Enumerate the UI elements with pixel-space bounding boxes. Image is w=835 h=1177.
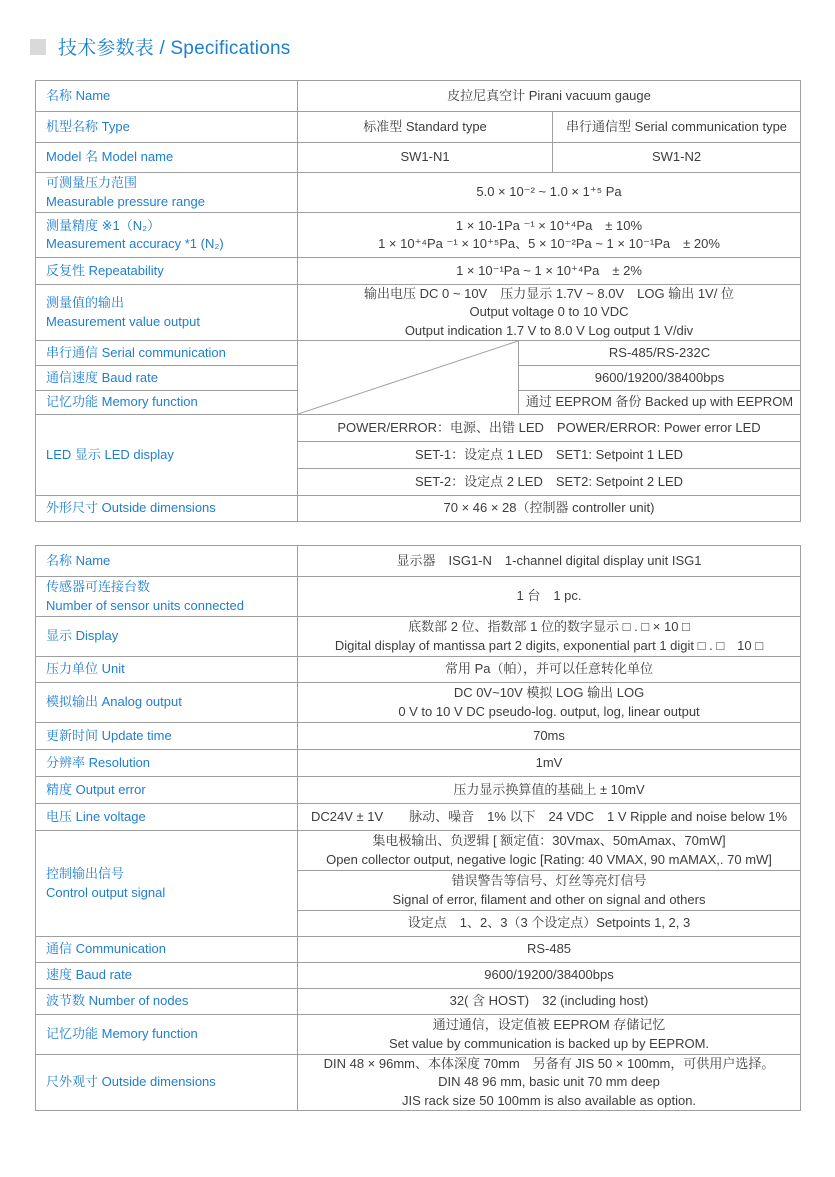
output-value-cell: 输出电压 DC 0 ~ 10V 压力显示 1.7V ~ 8.0V LOG 输出 …: [298, 285, 801, 341]
display-label-cell: 显示 Display: [36, 617, 298, 657]
label-line-cn: 传感器可连接台数: [46, 578, 297, 596]
value-line: 底数部 2 位、指数部 1 位的数字显示 □ . □ × 10 □: [298, 618, 800, 636]
table-row: 显示 Display 底数部 2 位、指数部 1 位的数字显示 □ . □ × …: [36, 617, 801, 657]
sensor-count-value-cell: 1 台 1 pc.: [298, 577, 801, 617]
accuracy-value-cell: 1 × 10-1Pa ⁻¹ × 10⁺⁴Pa ± 10% 1 × 10⁺⁴Pa …: [298, 213, 801, 258]
value-line: Signal of error, filament and other on s…: [298, 891, 800, 909]
nodes-label-cell: 波节数 Number of nodes: [36, 989, 298, 1015]
table-row: 电压 Line voltage DC24V ± 1V 脉动、噪音 1% 以下 2…: [36, 804, 801, 831]
diagonal-blank-cell: [298, 341, 519, 415]
label-line-en: Measurement accuracy *1 (N₂): [46, 235, 297, 253]
spec-sheet-page: 技术参数表 / Specifications 名称 Name 皮拉尼真空计 Pi…: [0, 0, 835, 1177]
table-row: 压力单位 Unit 常用 Pa（帕），并可以任意转化单位: [36, 657, 801, 683]
table-row: 精度 Output error 压力显示换算值的基础上 ± 10mV: [36, 777, 801, 804]
table-row: 测量精度 ※1（N₂） Measurement accuracy *1 (N₂)…: [36, 213, 801, 258]
display-value-cell: 底数部 2 位、指数部 1 位的数字显示 □ . □ × 10 □ Digita…: [298, 617, 801, 657]
page-title: 技术参数表 / Specifications: [58, 33, 290, 60]
model-label-cell: Model 名 Model name: [36, 143, 298, 173]
serial-comm-label-cell: 串行通信 Serial communication: [36, 341, 298, 366]
pressure-range-value-cell: 5.0 × 10⁻² ~ 1.0 × 1⁺⁵ Pa: [298, 173, 801, 213]
nodes-value-cell: 32( 含 HOST) 32 (including host): [298, 989, 801, 1015]
update-time-value-cell: 70ms: [298, 723, 801, 750]
table-row: 名称 Name 皮拉尼真空计 Pirani vacuum gauge: [36, 81, 801, 112]
square-bullet-icon: [30, 39, 46, 55]
table-row: 控制输出信号 Control output signal 集电极输出、负逻辑 […: [36, 831, 801, 871]
control-output-row1-cell: 集电极输出、负逻辑 [ 额定值：30Vmax、50mAmax、70mW] Ope…: [298, 831, 801, 871]
led-set2-cell: SET-2：设定点 2 LED SET2: Setpoint 2 LED: [298, 469, 801, 496]
value-line: Output voltage 0 to 10 VDC: [298, 303, 800, 321]
line-voltage-label-cell: 电压 Line voltage: [36, 804, 298, 831]
value-line: Set value by communication is backed up …: [298, 1035, 800, 1053]
value-line: DC 0V~10V 模拟 LOG 输出 LOG: [298, 684, 800, 702]
table-row: 测量值的输出 Measurement value output 输出电压 DC …: [36, 285, 801, 341]
table-row: 机型名称 Type 标准型 Standard type 串行通信型 Serial…: [36, 112, 801, 143]
table-row: 串行通信 Serial communication RS-485/RS-232C: [36, 341, 801, 366]
section-header: 技术参数表 / Specifications: [30, 33, 290, 60]
serial-comm-value-cell: RS-485/RS-232C: [519, 341, 801, 366]
pressure-unit-value-cell: 常用 Pa（帕），并可以任意转化单位: [298, 657, 801, 683]
dimensions-value-cell: DIN 48 × 96mm、本体深度 70mm 另备有 JIS 50 × 100…: [298, 1055, 801, 1111]
table-row: LED 显示 LED display POWER/ERROR：电源、出错 LED…: [36, 415, 801, 442]
name-label-cell: 名称 Name: [36, 81, 298, 112]
table-row: 速度 Baud rate 9600/19200/38400bps: [36, 963, 801, 989]
table-row: 波节数 Number of nodes 32( 含 HOST) 32 (incl…: [36, 989, 801, 1015]
label-line-en: Measurable pressure range: [46, 193, 297, 211]
resolution-label-cell: 分辨率 Resolution: [36, 750, 298, 777]
control-output-row3-cell: 设定点 1、2、3（3 个设定点）Setpoints 1, 2, 3: [298, 911, 801, 937]
table-row: 更新时间 Update time 70ms: [36, 723, 801, 750]
resolution-value-cell: 1mV: [298, 750, 801, 777]
display-unit-spec-table: 名称 Name 显示器 ISG1-N 1-channel digital dis…: [35, 545, 801, 1111]
value-line: Open collector output, negative logic [R…: [298, 851, 800, 869]
memory-label-cell: 记忆功能 Memory function: [36, 1015, 298, 1055]
value-line: Output indication 1.7 V to 8.0 V Log out…: [298, 322, 800, 340]
pressure-range-label-cell: 可测量压力范围 Measurable pressure range: [36, 173, 298, 213]
control-output-row2-cell: 错误警告等信号、灯丝等亮灯信号 Signal of error, filamen…: [298, 871, 801, 911]
name-value-cell: 显示器 ISG1-N 1-channel digital display uni…: [298, 546, 801, 577]
name-value-cell: 皮拉尼真空计 Pirani vacuum gauge: [298, 81, 801, 112]
table-row: 反复性 Repeatability 1 × 10⁻¹Pa ~ 1 × 10⁺⁴P…: [36, 258, 801, 285]
value-line: 输出电压 DC 0 ~ 10V 压力显示 1.7V ~ 8.0V LOG 输出 …: [298, 285, 800, 303]
table-row: 外形尺寸 Outside dimensions 70 × 46 × 28（控制器…: [36, 496, 801, 522]
baud-rate-value-cell: 9600/19200/38400bps: [519, 366, 801, 391]
label-line-en: Control output signal: [46, 884, 297, 902]
table-row: 名称 Name 显示器 ISG1-N 1-channel digital dis…: [36, 546, 801, 577]
table-row: 记忆功能 Memory function 通过通信，设定值被 EEPROM 存储…: [36, 1015, 801, 1055]
table-row: Model 名 Model name SW1-N1 SW1-N2: [36, 143, 801, 173]
baud-rate-label-cell: 通信速度 Baud rate: [36, 366, 298, 391]
value-line: 1 × 10-1Pa ⁻¹ × 10⁺⁴Pa ± 10%: [298, 217, 800, 235]
value-line: 通过通信，设定值被 EEPROM 存储记忆: [298, 1016, 800, 1034]
memory-label-cell: 记忆功能 Memory function: [36, 391, 298, 415]
memory-value-cell: 通过 EEPROM 备份 Backed up with EEPROM: [519, 391, 801, 415]
label-line-cn: 可测量压力范围: [46, 174, 297, 192]
value-line: 1 × 10⁺⁴Pa ⁻¹ × 10⁺⁵Pa、5 × 10⁻²Pa ~ 1 × …: [298, 235, 800, 253]
pressure-unit-label-cell: 压力单位 Unit: [36, 657, 298, 683]
table-row: 模拟输出 Analog output DC 0V~10V 模拟 LOG 输出 L…: [36, 683, 801, 723]
communication-label-cell: 通信 Communication: [36, 937, 298, 963]
baud-rate-value-cell: 9600/19200/38400bps: [298, 963, 801, 989]
analog-output-label-cell: 模拟输出 Analog output: [36, 683, 298, 723]
dimensions-label-cell: 尺外观寸 Outside dimensions: [36, 1055, 298, 1111]
table-row: 尺外观寸 Outside dimensions DIN 48 × 96mm、本体…: [36, 1055, 801, 1111]
control-output-label-cell: 控制输出信号 Control output signal: [36, 831, 298, 937]
line-voltage-value-cell: DC24V ± 1V 脉动、噪音 1% 以下 24 VDC 1 V Ripple…: [298, 804, 801, 831]
repeatability-value-cell: 1 × 10⁻¹Pa ~ 1 × 10⁺⁴Pa ± 2%: [298, 258, 801, 285]
label-line-cn: 测量值的输出: [46, 294, 297, 312]
value-line: 0 V to 10 V DC pseudo-log. output, log, …: [298, 703, 800, 721]
table-row: 传感器可连接台数 Number of sensor units connecte…: [36, 577, 801, 617]
output-error-label-cell: 精度 Output error: [36, 777, 298, 804]
name-label-cell: 名称 Name: [36, 546, 298, 577]
label-line-en: Measurement value output: [46, 313, 297, 331]
led-set1-cell: SET-1：设定点 1 LED SET1: Setpoint 1 LED: [298, 442, 801, 469]
diagonal-line: [298, 341, 518, 414]
memory-value-cell: 通过通信，设定值被 EEPROM 存储记忆 Set value by commu…: [298, 1015, 801, 1055]
table-row: 可测量压力范围 Measurable pressure range 5.0 × …: [36, 173, 801, 213]
table-row: 分辨率 Resolution 1mV: [36, 750, 801, 777]
output-label-cell: 测量值的输出 Measurement value output: [36, 285, 298, 341]
sensor-count-label-cell: 传感器可连接台数 Number of sensor units connecte…: [36, 577, 298, 617]
update-time-label-cell: 更新时间 Update time: [36, 723, 298, 750]
model-n1-cell: SW1-N1: [298, 143, 553, 173]
analog-output-value-cell: DC 0V~10V 模拟 LOG 输出 LOG 0 V to 10 V DC p…: [298, 683, 801, 723]
model-n2-cell: SW1-N2: [553, 143, 801, 173]
value-line: DIN 48 96 mm, basic unit 70 mm deep: [298, 1073, 800, 1091]
value-line: 错误警告等信号、灯丝等亮灯信号: [298, 872, 800, 890]
repeatability-label-cell: 反复性 Repeatability: [36, 258, 298, 285]
baud-rate-label-cell: 速度 Baud rate: [36, 963, 298, 989]
type-label-cell: 机型名称 Type: [36, 112, 298, 143]
value-line: JIS rack size 50 100mm is also available…: [298, 1092, 800, 1110]
label-line-cn: 测量精度 ※1（N₂）: [46, 217, 297, 235]
output-error-value-cell: 压力显示换算值的基础上 ± 10mV: [298, 777, 801, 804]
value-line: Digital display of mantissa part 2 digit…: [298, 637, 800, 655]
pirani-gauge-spec-table: 名称 Name 皮拉尼真空计 Pirani vacuum gauge 机型名称 …: [35, 80, 801, 522]
type-serial-cell: 串行通信型 Serial communication type: [553, 112, 801, 143]
label-line-cn: 控制输出信号: [46, 865, 297, 883]
dimensions-value-cell: 70 × 46 × 28（控制器 controller unit): [298, 496, 801, 522]
dimensions-label-cell: 外形尺寸 Outside dimensions: [36, 496, 298, 522]
label-line-en: Number of sensor units connected: [46, 597, 297, 615]
led-display-label-cell: LED 显示 LED display: [36, 415, 298, 496]
communication-value-cell: RS-485: [298, 937, 801, 963]
value-line: 集电极输出、负逻辑 [ 额定值：30Vmax、50mAmax、70mW]: [298, 832, 800, 850]
led-power-error-cell: POWER/ERROR：电源、出错 LED POWER/ERROR: Power…: [298, 415, 801, 442]
accuracy-label-cell: 测量精度 ※1（N₂） Measurement accuracy *1 (N₂): [36, 213, 298, 258]
table-row: 通信 Communication RS-485: [36, 937, 801, 963]
value-line: DIN 48 × 96mm、本体深度 70mm 另备有 JIS 50 × 100…: [298, 1055, 800, 1073]
type-standard-cell: 标准型 Standard type: [298, 112, 553, 143]
